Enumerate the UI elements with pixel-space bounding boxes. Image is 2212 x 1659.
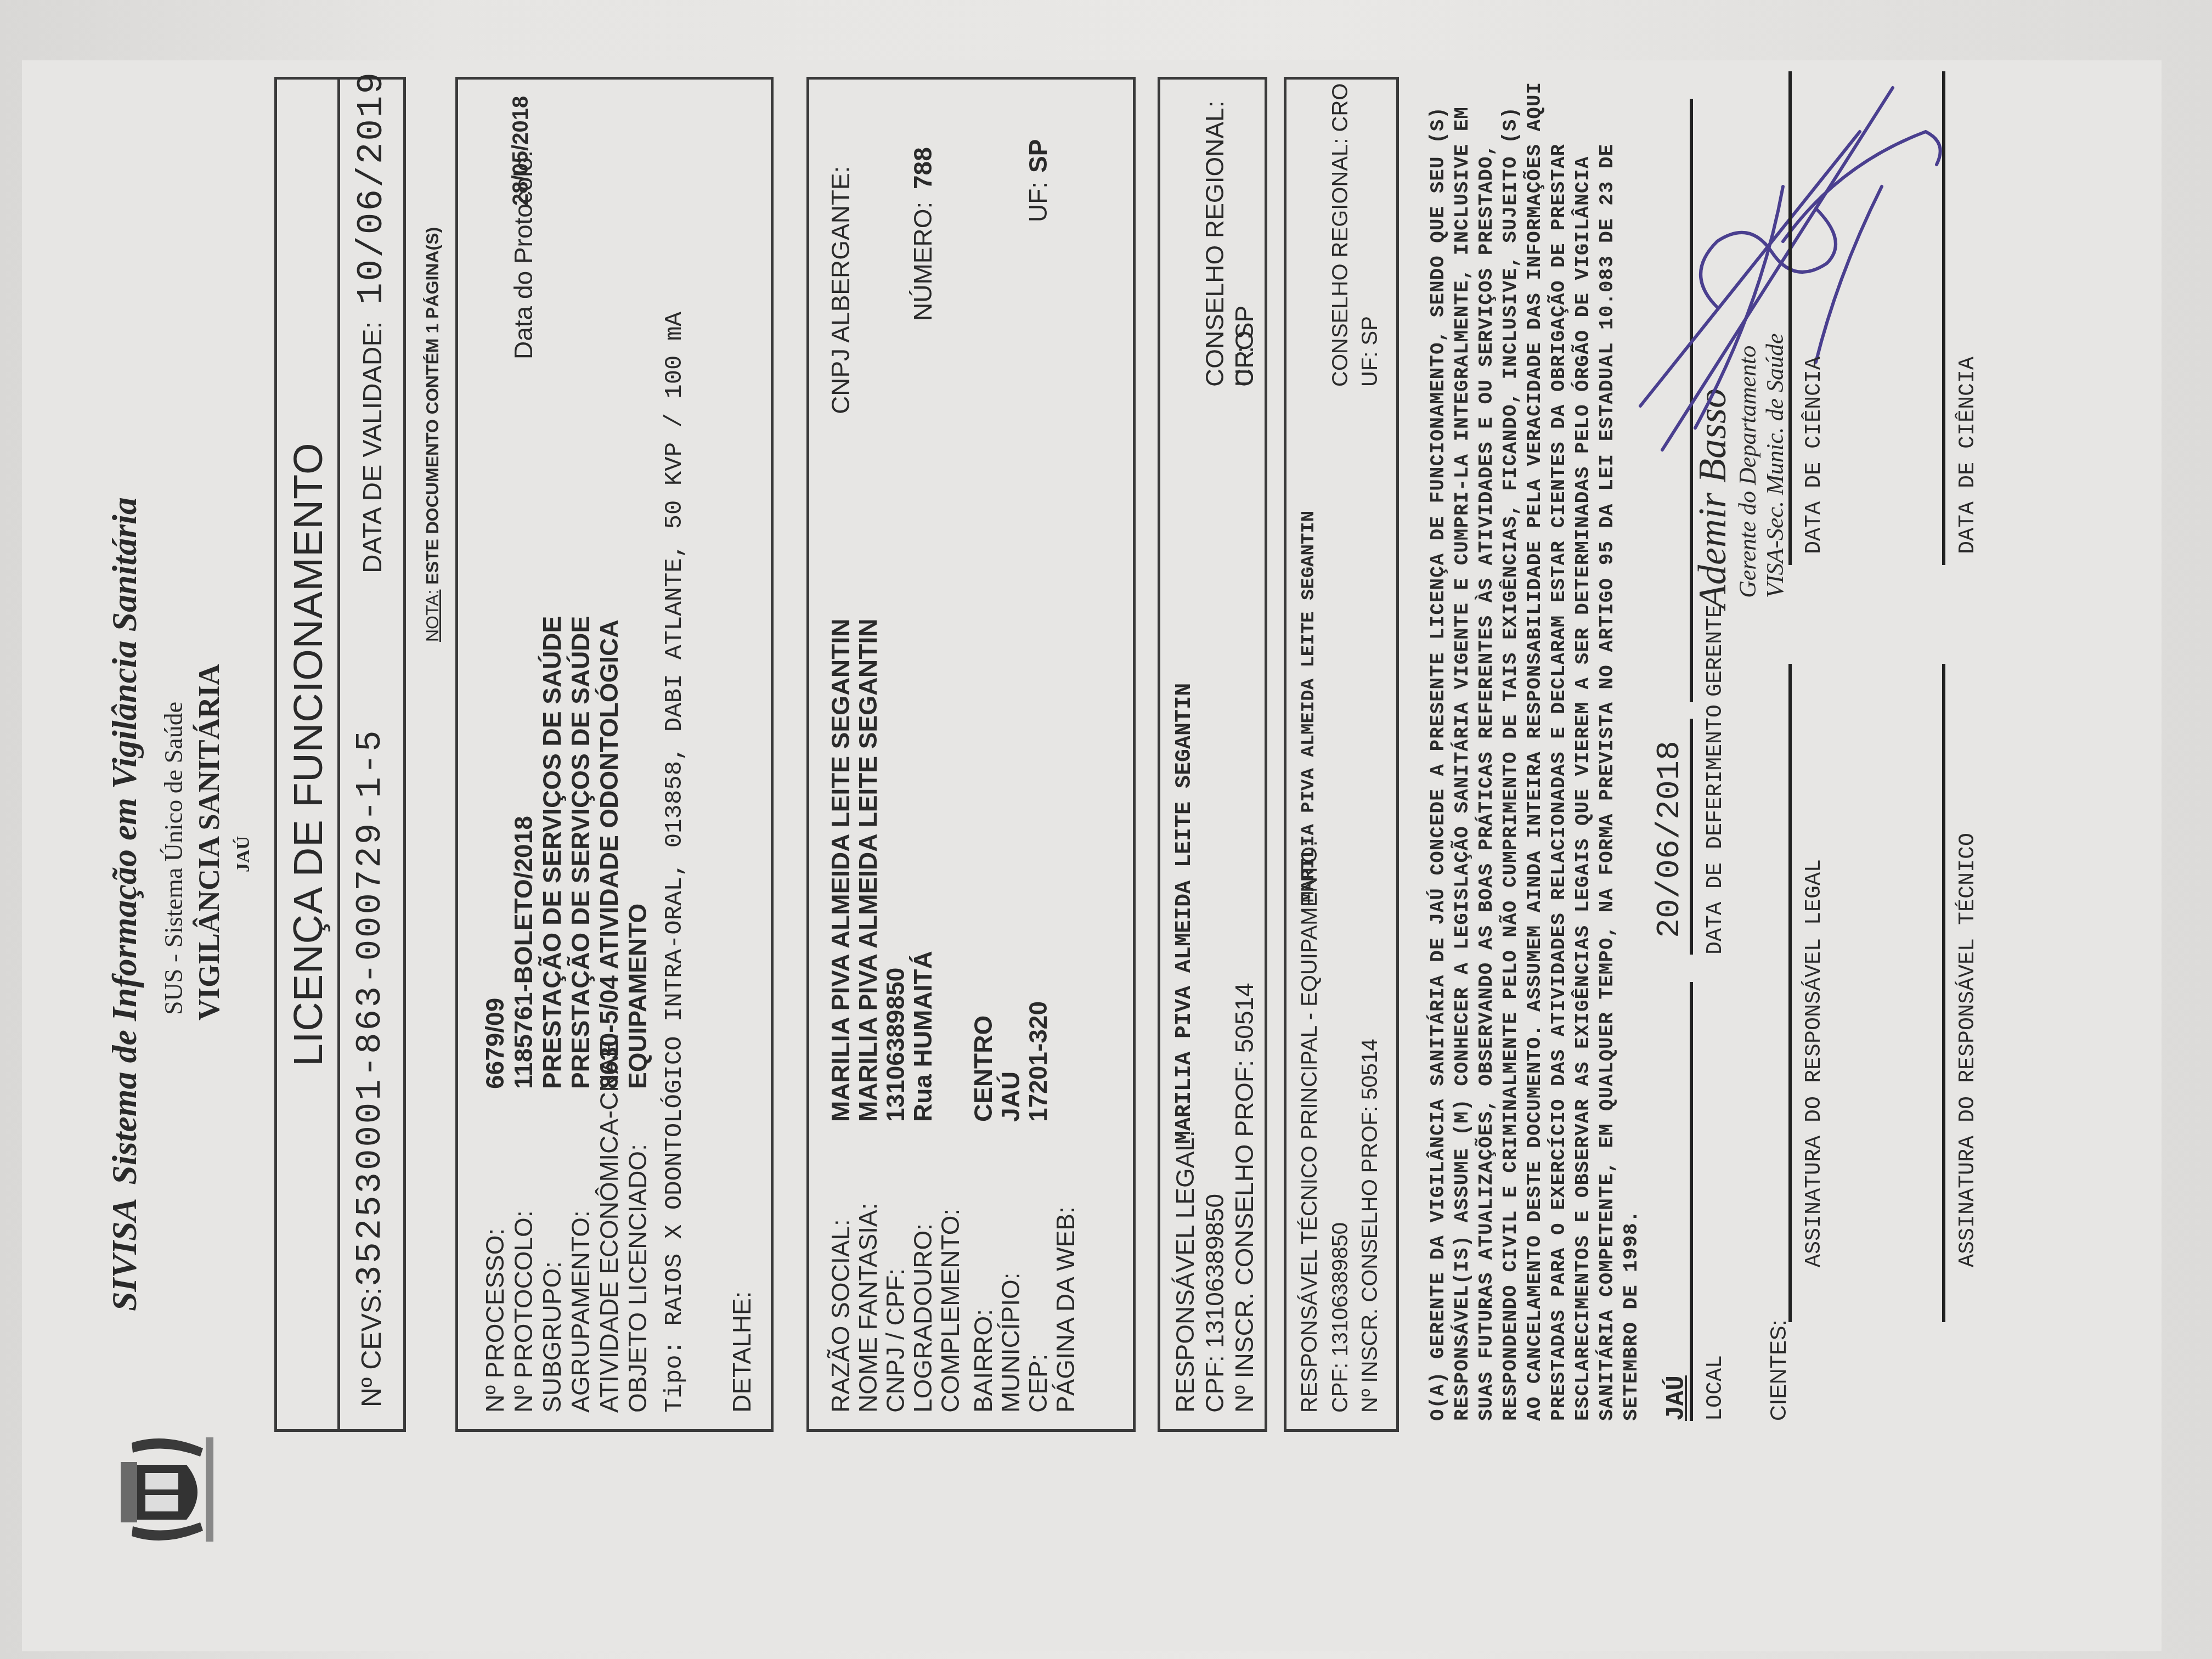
city-name: JAÚ [233,836,254,872]
street-value: Rua HUMAITÁ [908,951,938,1122]
district-value: CENTRO [968,1015,998,1122]
cnpj-cpf-value: 13106389850 [881,968,910,1122]
cnpj-cpf-label: CNPJ / CPF: [881,1268,910,1413]
protocol-number-label: Nº PROTOCOLO: [509,1210,538,1413]
host-cnpj-label: CNPJ ALBERGANTE: [826,166,855,414]
protocol-number-value: 1185761-BOLETO/2018 [509,816,538,1089]
page-count-note: NOTA: ESTE DOCUMENTO CONTÉM 1 PÁGINA(S) [422,227,443,642]
cevs-box: Nº CEVS: 352530001-863-000729-1-5 DATA D… [340,77,406,1432]
legal-signature-line [1788,664,1792,1322]
equipment-type: Tipo: RAIOS X ODONTOLÓGICO INTRA-ORAL, 0… [661,312,689,1413]
legal-responsible-state: UF: SP [1229,306,1259,387]
website-label: PÁGINA DA WEB: [1051,1206,1080,1413]
subgroup-value: PRESTAÇÃO DE SERVIÇOS DE SAÚDE [537,616,567,1089]
technical-responsible-cpf: CPF: 13106389850 [1328,1222,1353,1413]
legal-signature-label: ASSINATURA DO RESPONSÁVEL LEGAL [1802,859,1827,1267]
science-date-label-1: DATA DE CIÊNCIA [1802,357,1827,554]
department-name: VIGILÂNCIA SANITÁRIA [192,664,226,1020]
sus-name: SUS - Sistema Único de Saúde [159,702,188,1015]
trade-name-label: NOME FANTASIA: [853,1203,883,1413]
process-number-label: Nº PROCESSO: [480,1228,510,1413]
local-label: LOCAL [1703,1355,1728,1421]
validity-label: DATA DE VALIDADE: [358,321,388,573]
technical-responsible-council: CONSELHO REGIONAL: CRO [1328,83,1353,387]
cevs-value: 352530001-863-000729-1-5 [351,728,391,1286]
technical-responsible-name: MARILIA PIVA ALMEIDA LEITE SEGANTIN [1299,511,1319,902]
trade-name-value: MARILIA PIVA ALMEIDA LEITE SEGANTIN [853,619,883,1122]
cnae-value: 8630-5/04 ATIVIDADE ODONTOLÓGICA [594,620,624,1089]
cientes-label: CIENTES: [1767,1320,1791,1421]
science-date-line-1 [1788,71,1792,565]
establishment-box: RAZÃO SOCIAL: MARILIA PIVA ALMEIDA LEITE… [806,77,1136,1432]
company-name-label: RAZÃO SOCIAL: [826,1219,855,1413]
local-line [1690,982,1693,1421]
legal-responsible-cpf: CPF: 13106389850 [1200,1194,1229,1413]
signature-icon [1553,55,1970,472]
zip-label: CEP: [1023,1354,1053,1413]
validity-value: 10/06/2019 [351,71,392,304]
complement-label: COMPLEMENTO: [935,1209,965,1413]
legal-responsible-name: MARILIA PIVA ALMEIDA LEITE SEGANTIN [1172,683,1197,1144]
municipality-label: MUNICÍPIO: [996,1272,1025,1413]
street-label: LOGRADOURO: [908,1223,938,1413]
state-label: UF: [1023,182,1053,222]
number-value: 788 [908,147,938,189]
cnae-label: ATIVIDADE ECONÔMICA-CNAE: [594,1033,624,1413]
technical-signature-label: ASSINATURA DO RESPONSÁVEL TÉCNICO [1956,833,1980,1267]
science-date-label-2: DATA DE CIÊNCIA [1956,357,1980,554]
coat-of-arms-icon [99,1426,219,1553]
subgroup-label: SUBGRUPO: [537,1261,567,1413]
local-value: JAÚ [1662,1375,1691,1421]
system-name: SIVISASistema de Informação em Vigilânci… [104,497,145,1311]
technical-responsible-box: RESPONSÁVEL TÉCNICO PRINCIPAL - EQUIPAME… [1284,77,1399,1432]
number-label: NÚMERO: [908,202,938,321]
deferment-date-value: 20/06/2018 [1651,741,1689,938]
deferment-date-line [1690,719,1693,955]
legal-responsible-council-number: Nº INSCR. CONSELHO PROF: 50514 [1229,983,1259,1413]
technical-responsible-label: RESPONSÁVEL TÉCNICO PRINCIPAL - EQUIPAME… [1297,840,1322,1413]
district-label: BAIRRO: [968,1309,998,1413]
manager-label: GERENTE [1703,605,1728,697]
technical-responsible-state: UF: SP [1358,316,1383,387]
protocol-date-value: 28/05/2018 [509,96,533,206]
technical-responsible-council-number: Nº INSCR. CONSELHO PROF: 50514 [1358,1039,1383,1413]
zip-value: 17201-320 [1023,1001,1053,1122]
deferment-date-label: DATA DE DEFERIMENTO [1703,704,1728,955]
legal-responsible-box: RESPONSÁVEL LEGAL: MARILIA PIVA ALMEIDA … [1158,77,1267,1432]
science-date-line-2 [1942,71,1945,565]
licensed-object-label: OBJETO LICENCIADO: [623,1144,652,1413]
licensed-object-value: EQUIPAMENTO [623,904,652,1089]
cevs-label: Nº CEVS: [356,1288,387,1407]
municipality-value: JAÚ [996,1071,1025,1122]
grouping-value: PRESTAÇÃO DE SERVIÇOS DE SAÚDE [566,616,595,1089]
process-box: Nº PROCESSO: 6679/09 Nº PROTOCOLO: 11857… [455,77,774,1432]
legal-responsible-label: RESPONSÁVEL LEGAL: [1170,1130,1200,1413]
grouping-label: AGRUPAMENTO: [566,1210,595,1413]
detail-label: DETALHE: [727,1291,757,1413]
company-name-value: MARILIA PIVA ALMEIDA LEITE SEGANTIN [826,619,855,1122]
title-box: LICENÇA DE FUNCIONAMENTO [274,77,340,1432]
document-title: LICENÇA DE FUNCIONAMENTO [285,80,331,1429]
process-number-value: 6679/09 [480,998,510,1089]
state-value: SP [1023,139,1053,173]
license-document: SIVISASistema de Informação em Vigilânci… [22,60,2162,1651]
technical-signature-line [1942,664,1945,1322]
